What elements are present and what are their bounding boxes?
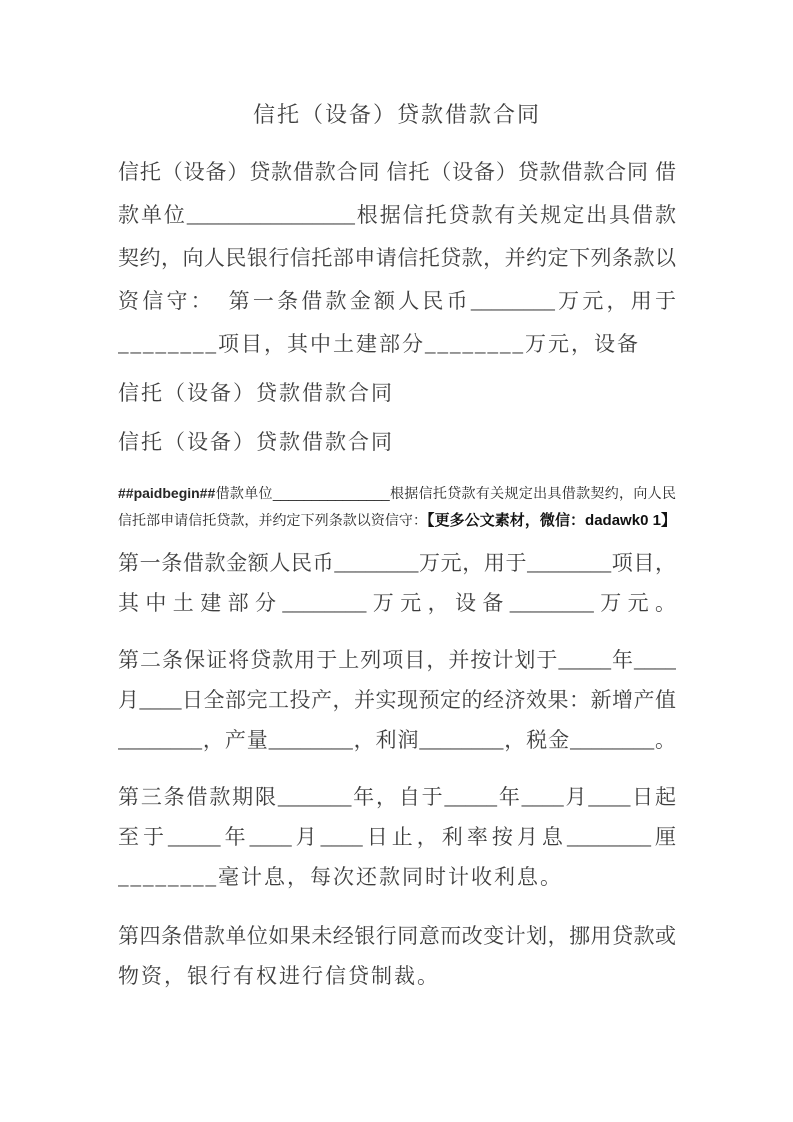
promo-wechat-note: 【更多公文素材，微信：dadawk0 1】 — [427, 512, 676, 529]
intro-line-1: 信托（设备）贷款借款合同 信托（设备）贷款借款合同 借 — [118, 151, 676, 194]
repeated-title-2: 信托（设备）贷款借款合同 — [118, 421, 676, 464]
paid-note-line-2: 信托部申请信托贷款，并约定下列条款以资信守：【更多公文素材，微信：dadawk0… — [118, 507, 676, 534]
clause-3-line-1: 第三条借款期限_______年，自于_____年____月____日起 — [118, 777, 676, 817]
intro-paragraph: 信托（设备）贷款借款合同 信托（设备）贷款借款合同 借 款单位_________… — [118, 151, 676, 366]
clause-3: 第三条借款期限_______年，自于_____年____月____日起 至于__… — [118, 777, 676, 897]
clause-4-line-2: 物资，银行有权进行信贷制裁。 — [118, 956, 676, 996]
clause-2: 第二条保证将贷款用于上列项目，并按计划于_____年____ 月____日全部完… — [118, 640, 676, 760]
clause-1-line-2: 其中土建部分________万元，设备________万元。 — [118, 583, 676, 623]
paid-note-paragraph: ##paidbegin##借款单位_______________根据信托贷款有关… — [118, 480, 676, 534]
paid-note-text-2: 信托部申请信托贷款，并约定下列条款以资信守： — [118, 512, 427, 528]
clause-4-line-1: 第四条借款单位如果未经银行同意而改变计划，挪用贷款或 — [118, 916, 676, 956]
document-title: 信托（设备）贷款借款合同 — [118, 96, 676, 134]
clause-1: 第一条借款金额人民币________万元，用于________项目， 其中土建部… — [118, 543, 676, 623]
clause-2-line-3: ________，产量________，利润________，税金_______… — [118, 720, 676, 760]
intro-line-3: 契约，向人民银行信托部申请信托贷款，并约定下列条款以 — [118, 237, 676, 280]
clause-2-line-1: 第二条保证将贷款用于上列项目，并按计划于_____年____ — [118, 640, 676, 680]
intro-line-4: 资信守： 第一条借款金额人民币________万元，用于 — [118, 280, 676, 323]
clause-4: 第四条借款单位如果未经银行同意而改变计划，挪用贷款或 物资，银行有权进行信贷制裁… — [118, 916, 676, 996]
intro-line-5: ________项目，其中土建部分________万元，设备_____ — [118, 323, 676, 366]
repeated-title-1: 信托（设备）贷款借款合同 — [118, 372, 676, 415]
paid-note-line-1: ##paidbegin##借款单位_______________根据信托贷款有关… — [118, 480, 676, 507]
clause-3-line-3: ________毫计息，每次还款同时计收利息。 — [118, 857, 676, 897]
document-page: 信托（设备）贷款借款合同 信托（设备）贷款借款合同 信托（设备）贷款借款合同 借… — [0, 0, 793, 1122]
paidbegin-marker: ##paidbegin## — [118, 485, 215, 501]
clause-2-line-2: 月____日全部完工投产，并实现预定的经济效果：新增产值 — [118, 680, 676, 720]
clause-1-line-1: 第一条借款金额人民币________万元，用于________项目， — [118, 543, 676, 583]
clause-3-line-2: 至于_____年____月____日止，利率按月息________厘 — [118, 817, 676, 857]
intro-line-2: 款单位________________根据信托贷款有关规定出具借款 — [118, 194, 676, 237]
